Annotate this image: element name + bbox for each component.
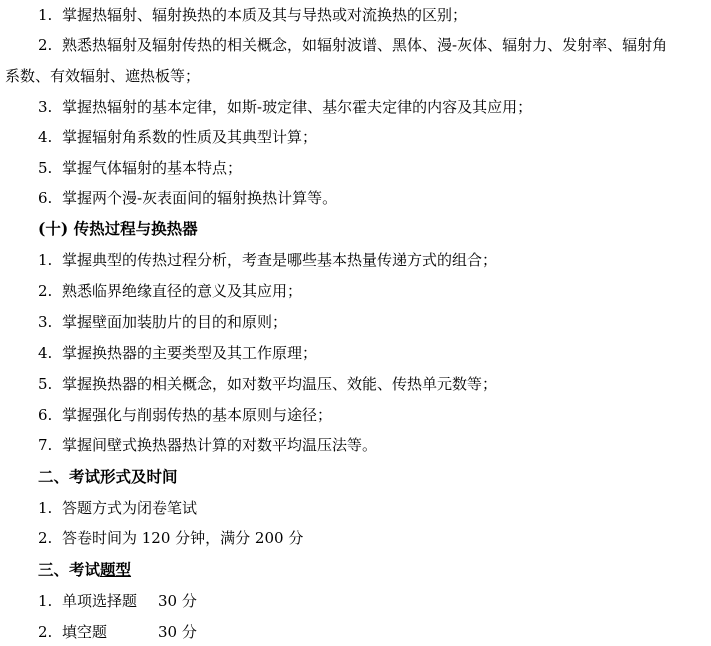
item-number: 1. — [38, 493, 62, 524]
item-text: 掌握辐射角系数的性质及其典型计算； — [62, 128, 317, 146]
item-text: 掌握壁面加装肋片的目的和原则； — [62, 313, 287, 331]
item-text: 掌握热辐射、辐射换热的本质及其与导热或对流换热的区别； — [62, 6, 467, 24]
item-text: 掌握强化与削弱传热的基本原则与途径； — [62, 406, 332, 424]
item-number: 2. — [38, 30, 62, 61]
section-heading: 二、考试形式及时间 — [38, 461, 178, 492]
item-number: 5. — [38, 153, 62, 184]
item-number: 2. — [38, 617, 62, 646]
item-number: 2. — [38, 523, 62, 554]
item-text: 答卷时间为 120 分钟，满分 200 分 — [62, 529, 303, 547]
item-text: 答题方式为闭卷笔试 — [62, 499, 197, 517]
item-number: 6. — [38, 183, 62, 214]
item-number: 3. — [38, 307, 62, 338]
item-text: 掌握热辐射的基本定律，如斯-玻定律、基尔霍夫定律的内容及其应用； — [62, 98, 532, 116]
list-item: 5.掌握气体辐射的基本特点； — [38, 153, 242, 184]
list-item: 2.熟悉临界绝缘直径的意义及其应用； — [38, 276, 302, 307]
item-number: 1. — [38, 0, 62, 31]
item-text: 熟悉临界绝缘直径的意义及其应用； — [62, 282, 302, 300]
list-item: 6.掌握强化与削弱传热的基本原则与途径； — [38, 400, 332, 431]
item-text: 掌握气体辐射的基本特点； — [62, 159, 242, 177]
item-score: 30 分 — [158, 586, 197, 617]
list-item: 2.填空题 30 分 — [38, 617, 338, 646]
item-number: 1. — [38, 245, 62, 276]
item-text: 掌握间壁式换热器热计算的对数平均温压法等。 — [62, 436, 377, 454]
list-item: 3.掌握热辐射的基本定律，如斯-玻定律、基尔霍夫定律的内容及其应用； — [38, 92, 532, 123]
item-text: 填空题 — [62, 623, 107, 641]
item-number: 2. — [38, 276, 62, 307]
item-number: 7. — [38, 430, 62, 461]
list-item: 1.单项选择题 30 分 — [38, 586, 338, 617]
heading-underlined: 题型 — [100, 560, 131, 579]
list-item-continuation: 系数、有效辐射、遮热板等； — [5, 61, 200, 92]
item-number: 4. — [38, 122, 62, 153]
section-heading: 三、考试题型 — [38, 554, 131, 585]
list-item: 4.掌握辐射角系数的性质及其典型计算； — [38, 122, 317, 153]
item-text: 掌握两个漫-灰表面间的辐射换热计算等。 — [62, 189, 337, 207]
item-text: 掌握换热器的相关概念，如对数平均温压、效能、传热单元数等； — [62, 375, 497, 393]
item-number: 1. — [38, 586, 62, 617]
item-score: 30 分 — [158, 617, 197, 646]
list-item: 7.掌握间壁式换热器热计算的对数平均温压法等。 — [38, 430, 377, 461]
item-number: 3. — [38, 92, 62, 123]
section-heading: (十) 传热过程与换热器 — [38, 213, 198, 244]
list-item: 3.掌握壁面加装肋片的目的和原则； — [38, 307, 287, 338]
list-item: 6.掌握两个漫-灰表面间的辐射换热计算等。 — [38, 183, 337, 214]
heading-prefix: 三、考试 — [38, 560, 100, 579]
item-number: 5. — [38, 369, 62, 400]
list-item: 1.掌握热辐射、辐射换热的本质及其与导热或对流换热的区别； — [38, 0, 467, 31]
item-text: 单项选择题 — [62, 592, 137, 610]
item-text: 掌握换热器的主要类型及其工作原理； — [62, 344, 317, 362]
item-number: 6. — [38, 400, 62, 431]
item-text: 掌握典型的传热过程分析，考查是哪些基本热量传递方式的组合； — [62, 251, 497, 269]
list-item: 5.掌握换热器的相关概念，如对数平均温压、效能、传热单元数等； — [38, 369, 497, 400]
item-text: 熟悉热辐射及辐射传热的相关概念，如辐射波谱、黑体、漫-灰体、辐射力、发射率、辐射… — [62, 36, 667, 54]
list-item: 2.熟悉热辐射及辐射传热的相关概念，如辐射波谱、黑体、漫-灰体、辐射力、发射率、… — [38, 30, 667, 61]
list-item: 2.答卷时间为 120 分钟，满分 200 分 — [38, 523, 303, 554]
list-item: 4.掌握换热器的主要类型及其工作原理； — [38, 338, 317, 369]
item-number: 4. — [38, 338, 62, 369]
list-item: 1.掌握典型的传热过程分析，考查是哪些基本热量传递方式的组合； — [38, 245, 497, 276]
list-item: 1.答题方式为闭卷笔试 — [38, 493, 197, 524]
